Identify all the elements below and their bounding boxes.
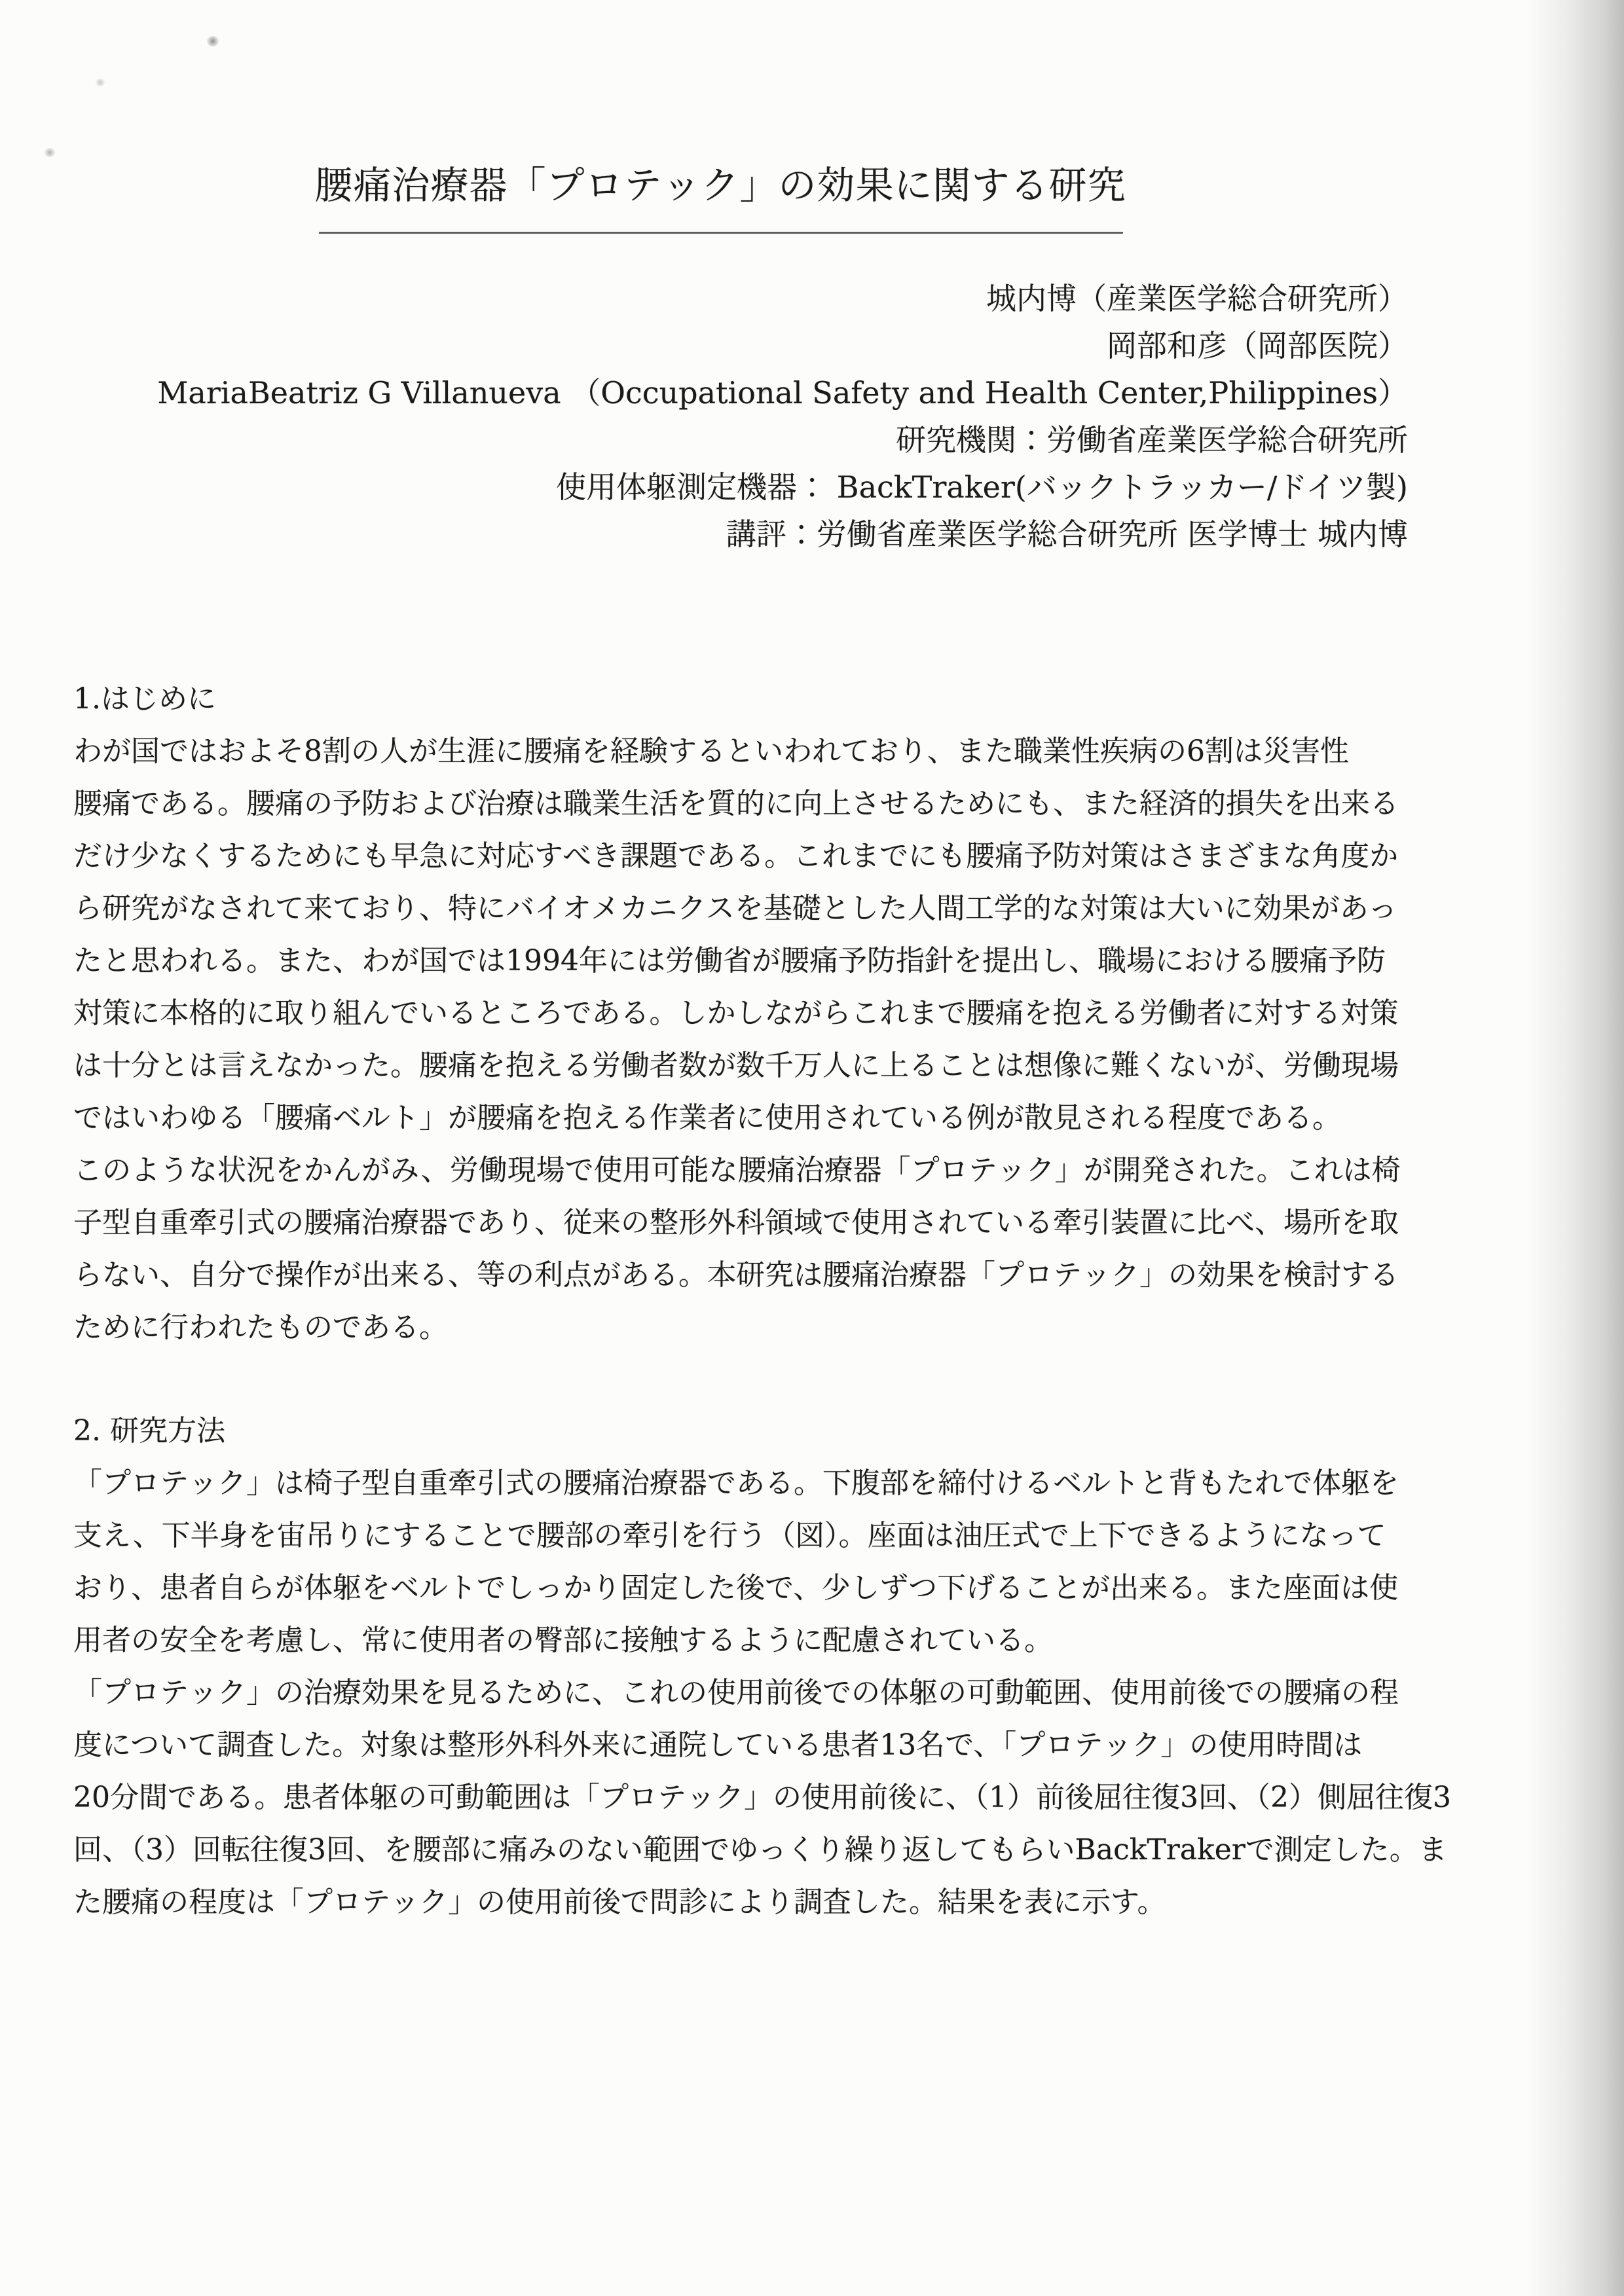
section-heading: 1.はじめに [73,673,1442,725]
body-line: 対策に本格的に取り組んでいるところである。しかしながらこれまで腰痛を抱える労働者… [73,987,1442,1040]
body-line: 回、（3）回転往復3回、を腰部に痛みのない範囲でゆっくり繰り返してもらいBack… [73,1824,1442,1876]
body-line: 用者の安全を考慮し、常に使用者の臀部に接触するように配慮されている。 [73,1614,1442,1667]
body-line: た腰痛の程度は「プロテック」の使用前後で問診により調査した。結果を表に示す。 [73,1876,1442,1929]
body-line: 20分間である。患者体躯の可動範囲は「プロテック」の使用前後に、（1）前後屈往復… [73,1772,1442,1824]
body-line: おり、患者自らが体躯をベルトでしっかり固定した後で、少しずつ下げることが出来る。… [73,1562,1442,1614]
body-line: 「プロテック」は椅子型自重牽引式の腰痛治療器である。下腹部を締付けるベルトと背も… [73,1457,1442,1510]
body-line: 腰痛である。腰痛の予防および治療は職業生活を質的に向上させるためにも、また経済的… [73,778,1442,830]
body-line: ではいわゆる「腰痛ベルト」が腰痛を抱える作業者に使用されている例が散見される程度… [73,1092,1442,1144]
body-line: だけ少なくするためにも早急に対応すべき課題である。これまでにも腰痛予防対策はさま… [73,830,1442,883]
body-line: らない、自分で操作が出来る、等の利点がある。本研究は腰痛治療器「プロテック」の効… [73,1249,1442,1302]
review-line: 講評：労働省産業医学総合研究所 医学博士 城内博 [157,511,1408,558]
scan-artifact [207,36,219,46]
scan-shadow [1526,0,1624,2296]
research-institution-line: 研究機関：労働省産業医学総合研究所 [157,416,1408,464]
author-affiliation-block: 城内博（産業医学総合研究所） 岡部和彦（岡部医院） MariaBeatriz G… [157,275,1408,558]
body-line: ために行われたものである。 [73,1302,1442,1354]
body-line: たと思われる。また、わが国では1994年には労働省が腰痛予防指針を提出し、職場に… [73,935,1442,987]
body-line: ら研究がなされて来ており、特にバイオメカニクスを基礎とした人間工学的な対策は大い… [73,883,1442,935]
title-underline [319,232,1123,234]
author-line: 城内博（産業医学総合研究所） [157,275,1408,322]
scanned-document-page: 腰痛治療器「プロテック」の効果に関する研究 城内博（産業医学総合研究所） 岡部和… [0,0,1624,2296]
scan-artifact [96,79,105,86]
section-introduction: 1.はじめに わが国ではおよそ8割の人が生涯に腰痛を経験するといわれており、また… [73,673,1442,1354]
body-line: わが国ではおよそ8割の人が生涯に腰痛を経験するといわれており、また職業性疾病の6… [73,725,1442,778]
body-line: 支え、下半身を宙吊りにすることで腰部の牽引を行う（図）。座面は油圧式で上下できる… [73,1510,1442,1562]
body-line: 度について調査した。対象は整形外科外来に通院している患者13名で、「プロテック」… [73,1719,1442,1772]
measurement-device-line: 使用体躯測定機器： BackTraker(バックトラッカー/ドイツ製) [157,464,1408,511]
section-methods: 2. 研究方法 「プロテック」は椅子型自重牽引式の腰痛治療器である。下腹部を締付… [73,1405,1442,1929]
author-line: 岡部和彦（岡部医院） [157,322,1408,369]
body-line: 子型自重牽引式の腰痛治療器であり、従来の整形外科領域で使用されている牽引装置に比… [73,1197,1442,1249]
body-line: は十分とは言えなかった。腰痛を抱える労働者数が数千万人に上ることは想像に難くない… [73,1040,1442,1092]
section-heading: 2. 研究方法 [73,1405,1442,1457]
document-title: 腰痛治療器「プロテック」の効果に関する研究 [0,155,1441,210]
body-line: このような状況をかんがみ、労働現場で使用可能な腰痛治療器「プロテック」が開発され… [73,1144,1442,1197]
body-line: 「プロテック」の治療効果を見るために、これの使用前後での体躯の可動範囲、使用前後… [73,1667,1442,1719]
author-line: MariaBeatriz G Villanueva （Occupational … [157,369,1408,416]
